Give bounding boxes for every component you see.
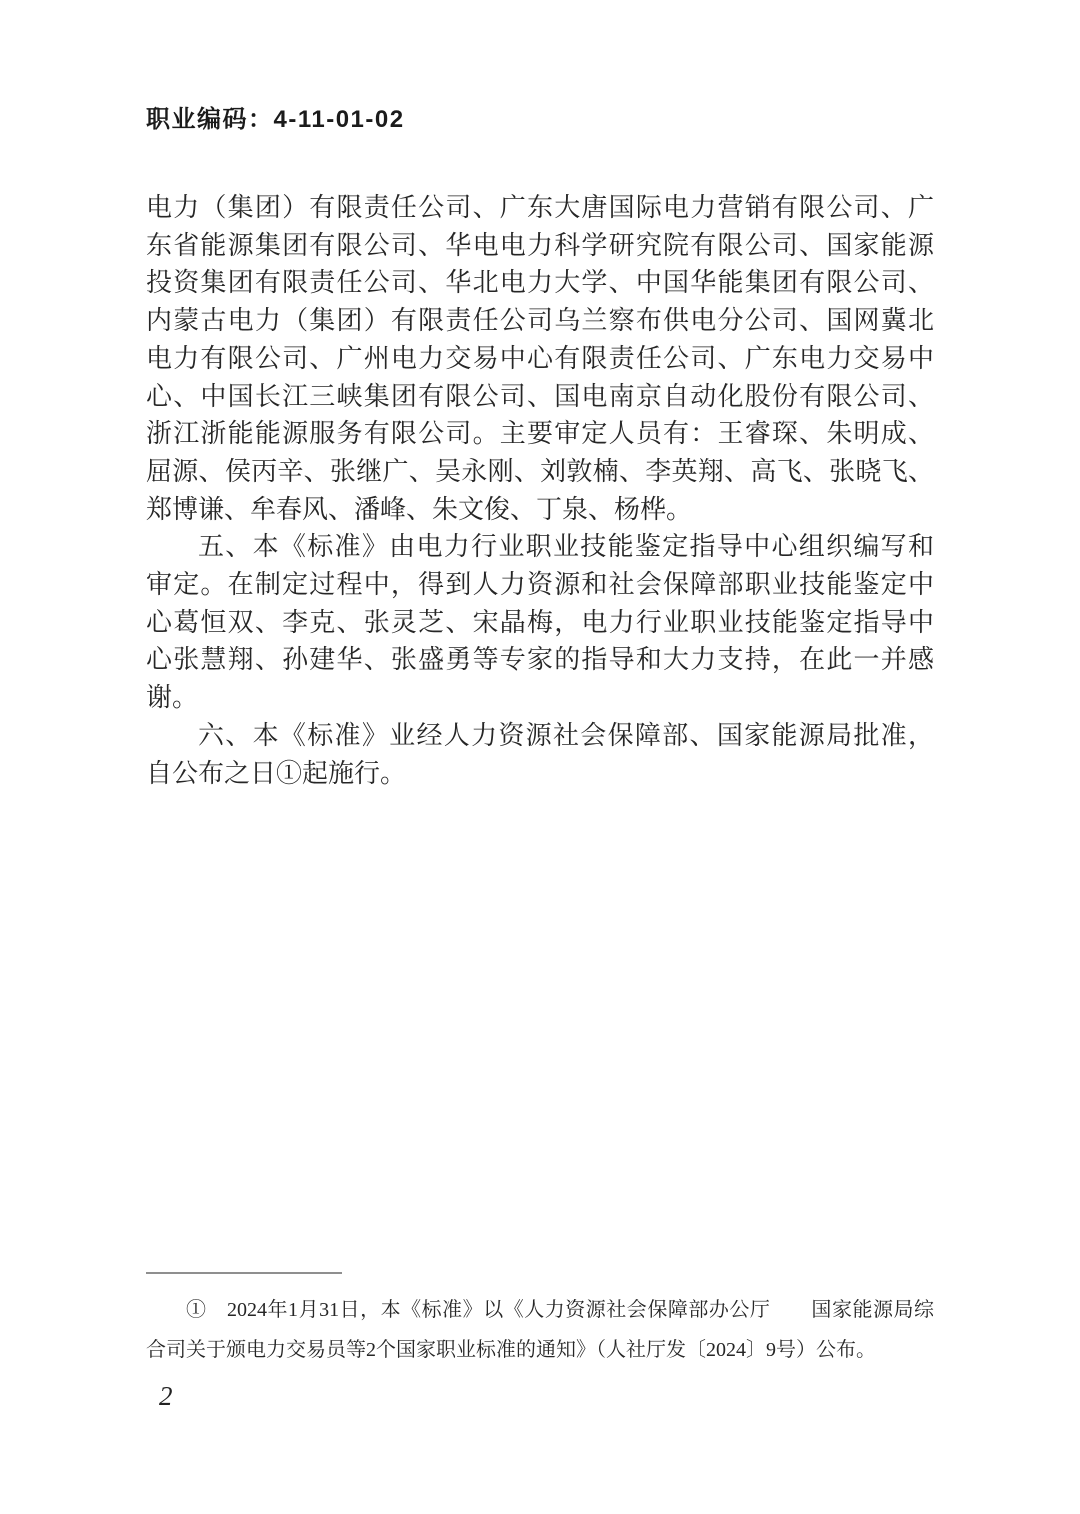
body-line: 电力（集团）有限责任公司、广东大唐国际电力营销有限公司、广 (146, 189, 934, 227)
footnote-line: 合司关于颁电力交易员等2个国家职业标准的通知》（人社厅发〔2024〕9号）公布。 (146, 1330, 934, 1370)
footnote-line: ① 2024年1月31日，本《标准》以《人力资源社会保障部办公厅 国家能源局综 (146, 1290, 934, 1330)
body-line: 郑博谦、牟春风、潘峰、朱文俊、丁泉、杨桦。 (146, 491, 934, 529)
document-page: 职业编码：4-11-01-02 电力（集团）有限责任公司、广东大唐国际电力营销有… (0, 0, 1080, 1514)
body-line: 心张慧翔、孙建华、张盛勇等专家的指导和大力支持，在此一并感 (146, 641, 934, 679)
body-line: 心、中国长江三峡集团有限公司、国电南京自动化股份有限公司、 (146, 378, 934, 416)
footnote: ① 2024年1月31日，本《标准》以《人力资源社会保障部办公厅 国家能源局综 … (146, 1290, 934, 1370)
body-line: 投资集团有限责任公司、华北电力大学、中国华能集团有限公司、 (146, 264, 934, 302)
body-line: 电力有限公司、广州电力交易中心有限责任公司、广东电力交易中 (146, 340, 934, 378)
body-line-section-5: 五、本《标准》由电力行业职业技能鉴定指导中心组织编写和 (146, 528, 934, 566)
body-line-section-6: 六、本《标准》业经人力资源社会保障部、国家能源局批准， (146, 717, 934, 755)
body-line: 自公布之日①起施行。 (146, 755, 934, 793)
body-line: 内蒙古电力（集团）有限责任公司乌兰察布供电分公司、国网冀北 (146, 302, 934, 340)
body-line: 浙江浙能能源服务有限公司。主要审定人员有：王睿琛、朱明成、 (146, 415, 934, 453)
body-line: 审定。在制定过程中，得到人力资源和社会保障部职业技能鉴定中 (146, 566, 934, 604)
body-text: 电力（集团）有限责任公司、广东大唐国际电力营销有限公司、广 东省能源集团有限公司… (146, 189, 934, 792)
body-line: 东省能源集团有限公司、华电电力科学研究院有限公司、国家能源 (146, 227, 934, 265)
body-line: 心葛恒双、李克、张灵芝、宋晶梅，电力行业职业技能鉴定指导中 (146, 604, 934, 642)
page-number: 2 (159, 1381, 173, 1412)
footnote-divider (146, 1272, 342, 1274)
body-line: 谢。 (146, 679, 934, 717)
body-line: 屈源、侯丙辛、张继广、吴永刚、刘敦楠、李英翔、高飞、张晓飞、 (146, 453, 934, 491)
job-code-header: 职业编码：4-11-01-02 (146, 99, 405, 134)
